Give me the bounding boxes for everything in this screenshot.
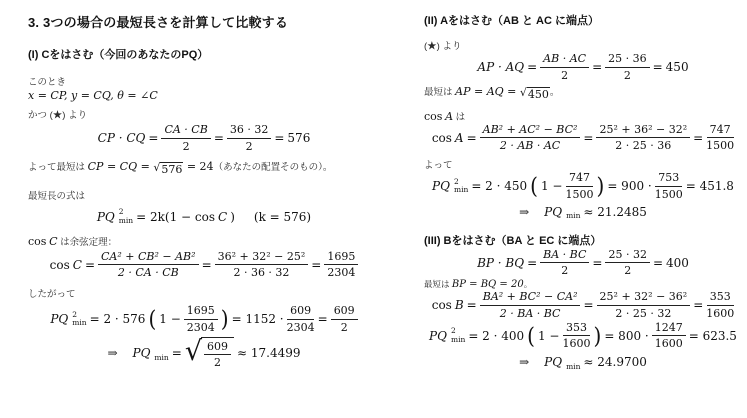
equals-sign: = [592, 60, 602, 74]
subscript: min [454, 186, 468, 195]
fraction: 7471500 [566, 171, 594, 202]
fraction: 3531600 [706, 290, 734, 321]
statement-post: 。 [550, 87, 560, 98]
fraction: 25² + 32² − 36²2 · 25 · 32 [597, 290, 691, 321]
pq-symbol: PQ [544, 205, 562, 219]
numerator: 25² + 36² − 32² [596, 123, 690, 139]
statement-pre: 最短は [424, 87, 455, 98]
open-paren: ( [527, 325, 535, 347]
pq-symbol: PQ [544, 355, 562, 369]
denominator: 2 [624, 68, 631, 83]
equals-sign: = [527, 60, 537, 74]
eq-lhs: BP · BQ [477, 256, 524, 270]
denominator: 2304 [187, 320, 215, 335]
sup-sub-stack: 2min [72, 311, 86, 328]
equation-result-ii: ⇒ PQmin ≈ 21.2485 [424, 202, 742, 222]
cos-label: cos [28, 235, 46, 248]
numerator: 747 [566, 171, 593, 187]
fraction: 36 · 322 [227, 123, 271, 154]
equation-pq-min-ii: PQ2min = 2 · 450 ( 1 − 7471500 ) = 900 ·… [424, 171, 742, 202]
denominator: 2 [624, 263, 631, 278]
subscript: min [566, 211, 580, 220]
cos-text: は [453, 112, 465, 123]
sqrt-icon: √ [520, 87, 527, 98]
statement-math: CP = CQ = [88, 160, 154, 173]
denominator: 1500 [706, 138, 734, 153]
fraction: BA · BC2 [540, 248, 589, 279]
open-paren: ( [530, 175, 538, 197]
right-column: (II) Aをはさむ（AB と AC に端点） (★) より AP · AQ =… [424, 12, 742, 372]
paren-content: 1 − [159, 312, 181, 326]
equals-sign: = [172, 346, 182, 360]
denominator: 2304 [327, 265, 355, 280]
fraction: 36² + 32² − 25²2 · 36 · 32 [215, 250, 309, 281]
numerator: AB · AC [540, 52, 589, 68]
numerator: 609 [204, 340, 231, 356]
subscript: min [119, 217, 133, 226]
denominator: 1600 [563, 336, 591, 351]
equals-sign: = [583, 298, 593, 312]
pq-symbol: PQ [432, 179, 450, 193]
cos-arg: C [73, 258, 82, 272]
implies-icon: ⇒ [519, 355, 529, 369]
statement-math: BP = BQ = 20 [452, 279, 524, 290]
statement-math2: = 24 [183, 160, 213, 173]
formula-body: = 2k(1 − cos [136, 210, 215, 224]
eq-result: 400 [666, 256, 689, 270]
close-paren: ) [221, 308, 229, 330]
fraction: 7531500 [655, 171, 683, 202]
sup-sub-stack: 2min [451, 327, 465, 344]
fraction: BA² + BC² − CA²2 · BA · BC [480, 290, 581, 321]
eq-result: = 623.5 [689, 329, 737, 343]
equals-sign: = [583, 131, 593, 145]
equation-cp-cq: CP · CQ = CA · CB2 = 36 · 322 = 576 [28, 123, 380, 154]
eq-lhs: CP · CQ [98, 131, 146, 145]
shitagatte-line: したがって [28, 286, 380, 300]
fraction: 25 · 322 [605, 248, 649, 279]
statement-post: 。 [524, 279, 533, 289]
formula-condition: (k = 576) [254, 210, 311, 224]
numerator: 25² + 32² − 36² [597, 290, 691, 306]
inline-sqrt: √450 [520, 87, 550, 101]
subscript: min [154, 353, 168, 362]
document-page: 3. 3つの場合の最短長さを計算して比較する (I) Cをはさむ（今回のあなたの… [0, 0, 747, 418]
equals-sign: = [311, 258, 321, 272]
radicand: 6092 [201, 337, 234, 371]
fraction: 6092304 [287, 304, 315, 335]
sup-sub-stack: 2min [119, 208, 133, 225]
intro-text: このとき [28, 74, 380, 88]
numerator: 753 [655, 171, 682, 187]
numerator: 609 [331, 304, 358, 320]
statement-math: AP = AQ = [455, 85, 520, 98]
open-paren: ( [148, 308, 156, 330]
section-ii-heading: (II) Aをはさむ（AB と AC に端点） [424, 12, 742, 28]
numerator: BA · BC [540, 248, 589, 264]
yotte-line: よって [424, 157, 742, 171]
equals-sign: = [467, 131, 477, 145]
formula-close: ) [230, 210, 235, 224]
fraction: 7471500 [706, 123, 734, 154]
cos-arg: A [455, 131, 464, 145]
numerator: 25 · 36 [605, 52, 649, 68]
equals-sign: = [527, 256, 537, 270]
sup-sub-stack: 2min [454, 178, 468, 195]
pq-symbol: PQ [133, 346, 151, 360]
numerator: CA² + CB² − AB² [98, 250, 199, 266]
eq-part: = 1152 · [232, 312, 284, 326]
fraction: 6092 [204, 340, 231, 371]
eq-part: = 800 · [604, 329, 648, 343]
radicand: 450 [527, 87, 550, 101]
eq-lhs: AP · AQ [477, 60, 524, 74]
equals-sign: = [85, 258, 95, 272]
sqrt-icon: √ [153, 162, 160, 173]
subscript: min [566, 362, 580, 371]
subscript: min [451, 336, 465, 345]
denominator: 2 · 36 · 32 [233, 265, 289, 280]
denominator: 1500 [566, 187, 594, 202]
equals-sign: = [693, 298, 703, 312]
eq-part: = 900 · [607, 179, 651, 193]
eq-part: = 2 · 450 [471, 179, 527, 193]
fraction: 16952304 [324, 250, 358, 281]
pq-symbol: PQ [97, 210, 115, 224]
approx-value: ≈ 24.9700 [583, 355, 647, 369]
fraction: 3531600 [563, 321, 591, 352]
implies-icon: ⇒ [107, 346, 117, 360]
cos-var: A [445, 110, 453, 123]
equals-sign: = [592, 256, 602, 270]
left-column: 3. 3つの場合の最短長さを計算して比較する (I) Cをはさむ（今回のあなたの… [28, 12, 380, 370]
close-paren: ) [594, 325, 602, 347]
fraction: CA · CB2 [161, 123, 210, 154]
min-statement-iii: 最短は BP = BQ = 20。 [424, 278, 742, 290]
cos-intro-i: cos C は余弦定理： [28, 234, 380, 248]
numerator: 1247 [652, 321, 686, 337]
denominator: 2 · 25 · 36 [615, 138, 671, 153]
numerator: 747 [707, 123, 734, 139]
fraction: 6092 [331, 304, 358, 335]
variables-line: x = CP, y = CQ, θ = ∠C [28, 89, 380, 102]
denominator: 2 [561, 263, 568, 278]
radicand: 576 [160, 162, 183, 176]
subscript: min [72, 319, 86, 328]
denominator: 2 · 25 · 32 [615, 306, 671, 321]
denominator: 1600 [655, 336, 683, 351]
cos-var: C [49, 235, 57, 248]
denominator: 2 [561, 68, 568, 83]
numerator: AB² + AC² − BC² [480, 123, 581, 139]
approx-value: ≈ 21.2485 [583, 205, 647, 219]
fraction: 12471600 [652, 321, 686, 352]
numerator: 609 [287, 304, 314, 320]
cos-fn: cos [432, 298, 452, 312]
numerator: BA² + BC² − CA² [480, 290, 581, 306]
fraction: AB · AC2 [540, 52, 589, 83]
equation-pq-min-i: PQ2min = 2 · 576 ( 1 − 16952304 ) = 1152… [28, 304, 380, 335]
numerator: 353 [707, 290, 734, 306]
equation-cos-c: cos C = CA² + CB² − AB²2 · CA · CB = 36²… [28, 250, 380, 281]
eq-part: = 2 · 400 [468, 329, 524, 343]
cos-arg: B [455, 298, 464, 312]
cos-intro-ii: cos A は [424, 109, 742, 123]
equation-pq-min-iii: PQ2min = 2 · 400 ( 1 − 3531600 ) = 800 ·… [424, 321, 742, 352]
fraction: 16952304 [184, 304, 218, 335]
paren-content: 1 − [538, 329, 560, 343]
denominator: 2304 [287, 320, 315, 335]
numerator: CA · CB [161, 123, 210, 139]
formula-intro: 最短長の式は [28, 188, 380, 202]
numerator: 353 [563, 321, 590, 337]
numerator: 36² + 32² − 25² [215, 250, 309, 266]
numerator: 25 · 32 [605, 248, 649, 264]
equals-sign: = [653, 60, 663, 74]
equation-result-iii: ⇒ PQmin ≈ 24.9700 [424, 352, 742, 372]
equation-cos-a: cos A = AB² + AC² − BC²2 · AB · AC = 25²… [424, 123, 742, 154]
equals-sign: = [467, 298, 477, 312]
denominator: 1500 [655, 187, 683, 202]
equals-sign: = [214, 131, 224, 145]
denominator: 1600 [706, 306, 734, 321]
equals-sign: = [274, 131, 284, 145]
statement-pre: よって最短は [28, 162, 88, 173]
denominator: 2 [214, 355, 221, 370]
section-iii-heading: (III) Bをはさむ（BA と EC に端点） [424, 232, 742, 248]
denominator: 2 · CA · CB [118, 265, 179, 280]
katsu-line: かつ (★) より [28, 107, 380, 121]
equals-sign: = [202, 258, 212, 272]
pq-symbol: PQ [50, 312, 68, 326]
min-statement-i: よって最短は CP = CQ = √576 = 24（あなたの配置そのもの）。 [28, 159, 380, 176]
sqrt-expression: √6092 [185, 337, 234, 371]
section-i-heading: (I) Cをはさむ（今回のあなたのPQ） [28, 46, 380, 62]
numerator: 1695 [184, 304, 218, 320]
equation-result-i: ⇒ PQmin = √6092 ≈ 17.4499 [28, 337, 380, 371]
denominator: 2 · AB · AC [500, 138, 560, 153]
equation-bp-bq: BP · BQ = BA · BC2 = 25 · 322 = 400 [424, 248, 742, 279]
fraction: 25² + 36² − 32²2 · 25 · 36 [596, 123, 690, 154]
pq-symbol: PQ [429, 329, 447, 343]
fraction: AB² + AC² − BC²2 · AB · AC [480, 123, 581, 154]
formula-var: C [218, 210, 227, 224]
statement-post: （あなたの配置そのもの）。 [214, 162, 333, 173]
eq-part: = 2 · 576 [90, 312, 146, 326]
variables-math: x = CP, y = CQ, θ = ∠C [28, 89, 158, 102]
equals-sign: = [653, 256, 663, 270]
eq-result: = 451.8 [686, 179, 734, 193]
eq-result: 576 [287, 131, 310, 145]
inline-sqrt: √576 [153, 162, 183, 176]
equals-sign: = [148, 131, 158, 145]
numerator: 36 · 32 [227, 123, 271, 139]
equation-ap-aq: AP · AQ = AB · AC2 = 25 · 362 = 450 [424, 52, 742, 83]
cos-fn: cos [432, 131, 452, 145]
denominator: 2 · BA · BC [500, 306, 561, 321]
star-line: (★) より [424, 38, 742, 52]
sqrt-icon: √ [185, 338, 202, 365]
eq-result: 450 [666, 60, 689, 74]
cos-text: は余弦定理： [58, 237, 118, 248]
numerator: 1695 [324, 250, 358, 266]
fraction: 25 · 362 [605, 52, 649, 83]
denominator: 2 [183, 139, 190, 154]
implies-icon: ⇒ [519, 205, 529, 219]
cos-label: cos [424, 110, 442, 123]
page-title: 3. 3つの場合の最短長さを計算して比較する [28, 12, 380, 31]
paren-content: 1 − [541, 179, 563, 193]
close-paren: ) [597, 175, 605, 197]
equals-sign: = [693, 131, 703, 145]
equation-cos-b: cos B = BA² + BC² − CA²2 · BA · BC = 25²… [424, 290, 742, 321]
denominator: 2 [341, 320, 348, 335]
equation-pq-formula: PQ2min = 2k(1 − cos C ) (k = 576) [28, 208, 380, 226]
cos-fn: cos [50, 258, 70, 272]
approx-value: ≈ 17.4499 [237, 346, 301, 360]
equals-sign: = [318, 312, 328, 326]
fraction: CA² + CB² − AB²2 · CA · CB [98, 250, 199, 281]
min-statement-ii: 最短は AP = AQ = √450。 [424, 84, 742, 101]
statement-pre: 最短は [424, 279, 452, 289]
denominator: 2 [246, 139, 253, 154]
